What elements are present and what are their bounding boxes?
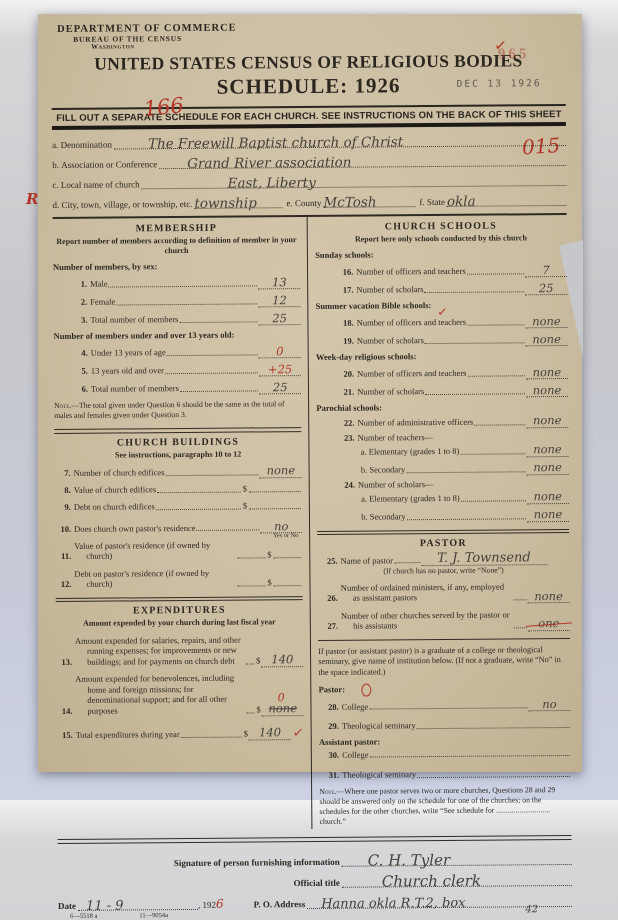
handwritten-city: township [194,197,256,211]
scanned-census-form: R DEPARTMENT OF COMMERCE BUREAU OF THE C… [38,14,582,772]
pastor-none-note: (If church has no pastor, write “None”) [318,565,570,576]
handwritten-value: none [526,333,568,346]
question-number: 17. [333,285,353,296]
instruction-banner: FILL OUT A SEPARATE SCHEDULE FOR EACH CH… [52,104,566,130]
dotted-leader [467,268,524,274]
field-denomination: a. Denomination The Freewill Baptist chu… [52,131,566,150]
right-column: CHURCH SCHOOLS Report here only schools … [308,215,572,800]
question-19: 19. Number of scholars none [316,333,568,346]
question-22: 22. Number of administrative officers no… [316,415,568,428]
field-label: Association or Conference [61,159,157,170]
question-number: 20. [334,369,354,380]
dotted-leader [249,486,301,492]
handwritten-value: no [528,699,570,712]
handwritten-value: none [260,465,302,478]
dollar-sign: $ [256,655,260,666]
handwritten-value: none [526,384,568,397]
field-local-name: c. Local name of church East, Liberty [52,171,566,190]
schools-parochial-group: Parochial schools: [316,401,568,413]
red-written-number: 166 [143,95,185,120]
note-text: —The total given under Question 6 should… [54,399,284,420]
handwritten-value: none [527,509,569,522]
field-letter: a. [52,140,58,150]
question-number: 9. [55,502,71,513]
question-label: Total number of members [91,383,179,394]
question-number: 19. [334,336,354,347]
pastor-title: PASTOR [317,537,569,550]
dotted-leader [246,707,254,713]
question-number: 25. [318,555,338,566]
question-number: 26. [318,593,338,604]
note-lead: Note. [54,401,71,410]
handwritten-value: 7 [525,264,567,277]
dotted-leader [246,658,254,664]
handwritten-value: +25 [259,364,301,377]
field-association: b. Association or Conference Grand River… [52,151,566,170]
question-label: Does church own pastor's residence [74,523,196,535]
handwritten-value: 25 [259,382,301,395]
question-21: 21. Number of scholars none [316,384,568,397]
membership-title: MEMBERSHIP [53,222,300,235]
handwritten-value-red-struck: one [528,618,570,631]
handwritten-county: McTosh [323,196,376,210]
pastor-label-text: Pastor: [319,684,346,694]
dotted-leader [165,367,258,374]
question-24b: b. Secondary none [317,509,569,522]
membership-note: Note.—The total given under Question 6 s… [54,399,301,421]
dotted-leader [461,495,526,502]
question-number: 24. [335,479,355,490]
question-6: 6. Total number of members 25 [54,382,301,395]
question-number: 5. [72,366,88,377]
dotted-leader [116,298,257,305]
dotted-leader [417,771,570,778]
dotted-line: East, Liberty [141,171,566,189]
question-24a: a. Elementary (grades 1 to 8) none [317,491,569,504]
membership-group1: Number of members, by sex: [53,260,300,272]
red-check-icon: ✓ [292,724,304,741]
red-check-icon: ✓ [494,36,508,56]
question-label: Number of scholars [356,284,423,295]
question-26: 26. Number of ordained ministers, if any… [318,581,570,604]
question-label: Number of officers and teachers [356,266,465,277]
section-divider [56,596,303,602]
form-header: DEPARTMENT OF COMMERCE BUREAU OF THE CEN… [51,20,566,130]
handwritten-value: none [527,491,569,504]
question-label: b. Secondary [361,511,405,522]
question-number: 1. [71,279,87,290]
section-divider [317,529,569,535]
question-12: 12. Debt on pastor's residence (if owned… [55,567,302,590]
handwritten-value: none [526,444,568,457]
membership-subtitle: Report number of members according to de… [53,235,300,257]
handwritten-association: Grand River association [159,156,351,171]
handwritten-denomination: The Freewill Baptist church of Christ [114,136,403,152]
question-label: College [342,701,369,712]
question-23: 23. Number of teachers— [317,430,569,443]
question-number: 6. [72,384,88,395]
field-letter: c. [52,180,58,190]
field-label: Denomination [61,140,113,150]
answer-with-correction: none 0 [262,703,304,715]
question-label: Number of administrative officers [357,417,473,429]
red-correction-zero: 0 [278,692,285,703]
schools-title: CHURCH SCHOOLS [315,220,567,233]
handwritten-state: okla [447,195,476,209]
question-15: 15. Total expenditures during year $ 140… [57,725,304,741]
dotted-leader [394,557,420,563]
question-9: 9. Debt on church edifices $ [55,500,302,513]
question-number: 21. [334,387,354,398]
question-16: 16. Number of officers and teachers 7 [315,264,567,277]
question-label: Number of officers and teachers [357,368,466,379]
question-label: Value of church edifices [74,484,156,495]
question-5: 5. 13 years old and over +25 [54,364,301,377]
question-number: 16. [333,267,353,278]
question-13: 13. Amount expended for salaries, repair… [56,634,303,668]
question-number: 27. [318,621,338,632]
schools-sunday-group: Sunday schools: [315,248,567,260]
question-label: Total expenditures during year [76,729,180,740]
question-label: Theological seminary [342,770,416,781]
question-11: 11. Value of pastor's residence (if owne… [55,539,302,562]
question-label: Number of scholars— [358,479,434,490]
field-label: Local name of church [61,179,140,190]
handwritten-value: 12 [258,295,300,308]
question-number: 7. [55,468,71,479]
dotted-leader [370,750,570,758]
handwritten-value: 0 [259,346,301,359]
dotted-leader [157,486,241,493]
question-label: College [342,749,369,760]
question-number: 31. [319,770,339,781]
question-label: 13 years old and over [91,366,164,377]
red-circle-mark [361,683,371,696]
dotted-leader [474,419,525,425]
handwritten-value: none [526,415,568,428]
dollar-sign: $ [267,577,271,588]
dotted-leader [424,286,524,293]
dotted-leader [180,385,258,392]
section-rule [318,638,570,641]
dotted-leader [273,552,301,558]
identification-fields: ✓ a. Denomination The Freewill Baptist c… [52,131,567,210]
yes-or-no-hint: Yes or No [273,532,298,540]
dollar-sign: $ [267,550,271,561]
question-label: Amount expended for benevolences, includ… [75,673,245,717]
question-label: Number of scholars [357,335,424,346]
pastor-sub-label: Pastor: [319,682,571,697]
note-text: —Where one pastor serves two or more chu… [319,785,555,800]
question-number: 13. [56,657,72,668]
assistant-pastor-label: Assistant pastor: [319,735,571,747]
dotted-line: Grand River association [159,151,566,169]
question-number: 29. [319,721,339,732]
question-4: 4. Under 13 years of age 0 [54,346,301,359]
dotted-leader [109,280,258,287]
question-number: 23. [335,432,355,443]
field-label: County [295,198,322,208]
question-number: 8. [55,485,71,496]
question-label: Female [90,297,115,308]
question-label: Number of teachers— [358,432,434,443]
question-number: 12. [55,579,71,590]
question-25: 25. Name of pastor T. J. Townsend [318,551,570,566]
question-number: 2. [71,297,87,308]
dotted-leader [274,580,302,586]
question-label: Number of officers and teachers [357,317,466,328]
question-29: 29. Theological seminary [319,719,571,732]
question-label: b. Secondary [361,464,405,475]
graduate-instructions: If pastor (or assistant pastor) is a gra… [318,645,570,679]
question-14: 14. Amount expended for benevolences, in… [56,672,304,716]
form-body-columns: MEMBERSHIP Report number of members acco… [53,213,572,800]
question-number: 11. [55,551,71,562]
question-label: Amount expended for salaries, repairs, a… [75,634,245,667]
dollar-sign: $ [243,501,247,512]
question-label: a. Elementary (grades 1 to 8) [361,446,460,457]
question-2: 2. Female 12 [53,295,300,308]
question-number: 28. [319,701,339,712]
schools-subtitle: Report here only schools conducted by th… [315,233,567,245]
dotted-leader [237,552,265,558]
question-label: Number of church edifices [74,467,165,478]
question-label: a. Elementary (grades 1 to 8) [361,493,460,504]
dotted-line: okla [447,191,567,206]
handwritten-value: 140 [249,728,291,741]
question-30: 30. College [319,748,571,761]
dollar-sign: $ [243,483,247,494]
section-divider [54,427,301,433]
dotted-line: The Freewill Baptist church of Christ [114,131,566,149]
dotted-leader [249,503,301,509]
handwritten-value: 140 [261,654,303,667]
dotted-leader [417,722,570,729]
dotted-leader [196,525,259,531]
dotted-leader [467,319,524,325]
field-label: State [427,197,445,207]
question-label: Theological seminary [342,720,416,731]
red-check-icon: ✓ [437,304,448,320]
question-number: 18. [334,318,354,329]
dotted-leader [425,337,525,344]
question-label: Value of pastor's residence (if owned by… [74,539,236,562]
handwritten-value: none [528,590,570,603]
dotted-leader [514,594,527,600]
question-28: 28. College no [319,699,571,712]
form-title: UNITED STATES CENSUS OF RELIGIOUS BODIES [51,50,565,75]
schools-weekday-group: Week-day religious schools: [316,350,568,362]
question-23b: b. Secondary none [317,462,569,475]
dotted-leader [369,703,527,710]
question-number: 3. [71,315,87,326]
field-letter: d. [52,200,59,210]
handwritten-value: none [525,315,567,328]
handwritten-value: none [527,462,569,475]
dotted-leader [156,503,241,510]
question-27: 27. Number of other churches served by t… [318,608,570,631]
question-label: Total number of members [90,314,178,325]
question-label: Debt on church edifices [74,501,155,512]
question-24: 24. Number of scholars— [317,478,569,491]
question-label: Name of pastor [341,555,393,566]
dotted-leader [179,316,257,323]
question-label: Male [90,279,108,290]
dotted-leader [467,370,524,376]
question-7: 7. Number of church edifices none [55,465,302,478]
date-received-stamp: DEC 13 1926 [457,78,542,90]
dollar-sign: $ [256,704,260,715]
question-17: 17. Number of scholars 25 [315,282,567,295]
dollar-sign: $ [244,729,248,740]
answer-with-hint: no Yes or No [260,521,302,533]
field-letter: f. [419,197,424,207]
question-label: Debt on pastor's residence (if owned by … [74,567,236,590]
question-label: Under 13 years of age [91,348,166,359]
question-1: 1. Male 13 [53,277,300,290]
handwritten-value: 13 [258,277,300,290]
question-number: 4. [72,348,88,359]
dotted-leader [165,469,258,476]
question-20: 20. Number of officers and teachers none [316,366,568,379]
question-number: 22. [334,418,354,429]
handwritten-value: 25 [525,282,567,295]
dotted-leader [167,349,258,356]
dotted-leader [425,388,525,395]
membership-group2: Number of members under and over 13 year… [54,329,301,341]
dotted-line: township [194,194,282,209]
expenditures-title: EXPENDITURES [56,604,303,617]
question-8: 8. Value of church edifices $ [55,483,302,496]
dotted-leader [406,466,525,473]
question-label: Number of other churches served by the p… [341,609,513,632]
field-city-county-state: d. City, town, village, or township, etc… [52,191,566,210]
expenditures-subtitle: Amount expended by your church during la… [56,617,303,629]
field-letter: e. [286,198,292,208]
handwritten-value-struck: none [262,703,304,716]
dotted-leader [407,513,526,520]
question-23a: a. Elementary (grades 1 to 8) none [317,444,569,457]
question-number: 15. [57,730,73,741]
question-31: 31. Theological seminary [319,768,571,781]
question-3: 3. Total number of members 25 [53,313,300,326]
question-number: 30. [319,750,339,761]
note-lead: Note. [319,787,336,796]
field-letter: b. [52,160,59,170]
buildings-subtitle: See instructions, paragraphs 10 to 12 [54,449,301,461]
buildings-title: CHURCH BUILDINGS [54,436,301,449]
field-label: City, town, village, or township, etc. [61,199,192,210]
question-label: Number of scholars [357,386,424,397]
handwritten-value: none [526,366,568,379]
dotted-leader [181,731,242,737]
left-column: MEMBERSHIP Report number of members acco… [53,217,313,800]
question-10: 10. Does church own pastor's residence n… [55,521,302,534]
dotted-leader [237,580,265,586]
question-label: Number of ordained ministers, if any, em… [341,581,513,604]
handwritten-value: 25 [259,313,301,326]
handwritten-pastor-name: T. J. Townsend [421,551,547,566]
dotted-line: McTosh [323,193,415,208]
dotted-leader [460,448,525,455]
question-number: 14. [56,706,72,717]
pastor-note: Note.—Where one pastor serves two or mor… [319,785,571,800]
question-number: 10. [55,524,71,535]
handwritten-local-name: East, Liberty [142,176,316,191]
